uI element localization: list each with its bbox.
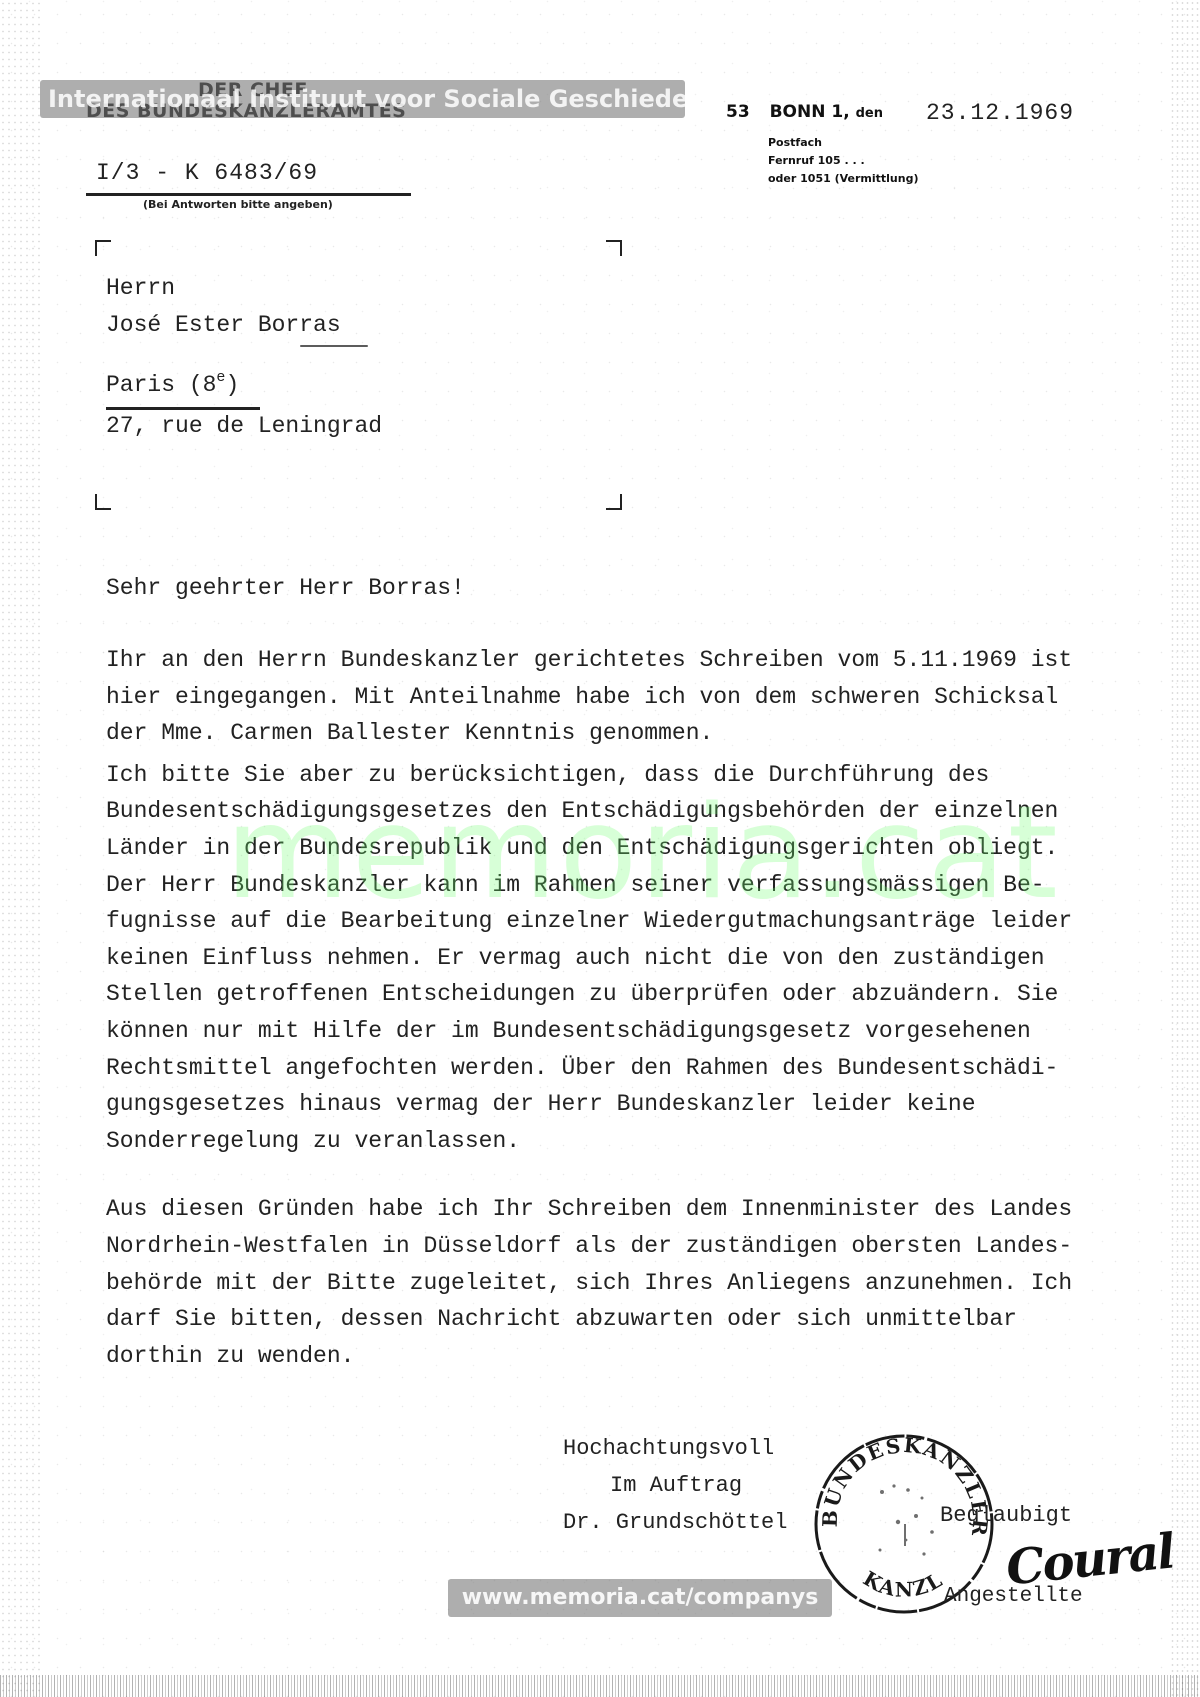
body-line: Länder in der Bundesrepublik und den Ent… [106,830,1166,867]
body-line: fugnisse auf die Bearbeitung einzelner W… [106,903,1166,940]
closing-signatory: Dr. Grundschöttel [563,1504,787,1541]
scan-noise-right [1170,0,1200,1697]
body-line: der Mme. Carmen Ballester Kenntnis genom… [106,715,1166,752]
paragraph-1: Ihr an den Herrn Bundeskanzler gerichtet… [106,642,1166,752]
address-corner-top-right [606,240,622,256]
body-line: Nordrhein-Westfalen in Düsseldorf als de… [106,1228,1166,1265]
paragraph-2: Ich bitte Sie aber zu berücksichtigen, d… [106,757,1166,1160]
scan-noise-bottom [0,1675,1200,1697]
letter-date: 23.12.1969 [926,100,1074,126]
body-line: darf Sie bitten, dessen Nachricht abzuwa… [106,1301,1166,1338]
address-corner-bottom-right [606,494,622,510]
body-line: Sonderregelung zu veranlassen. [106,1123,1166,1160]
postal-code: 53 [726,102,750,122]
letter-page: DER CHEF DES BUNDESKANZLERAMTES I/3 - K … [0,0,1200,1697]
watermark-bottom: www.memoria.cat/companys [448,1579,832,1617]
contact-info: Postfach Fernruf 105 . . . oder 1051 (Ve… [768,134,919,188]
body-line: Bundesentschädigungsgesetzes den Entschä… [106,793,1166,830]
place: BONN 1, [770,102,850,122]
body-line: Der Herr Bundeskanzler kann im Rahmen se… [106,867,1166,904]
body-line: gungsgesetzes hinaus vermag der Herr Bun… [106,1086,1166,1123]
paragraph-3: Aus diesen Gründen habe ich Ihr Schreibe… [106,1191,1166,1374]
handwritten-underline [300,345,368,347]
place-den: den [856,106,883,121]
address-corner-top-left [95,240,111,256]
body-line: Stellen getroffenen Entscheidungen zu üb… [106,976,1166,1013]
contact-postbox: Postfach [768,134,919,152]
reference-hint: (Bei Antworten bitte angeben) [143,198,333,211]
body-line: Rechtsmittel angefochten werden. Über de… [106,1050,1166,1087]
recipient-address: Herrn José Ester Borras Paris (8e) 27, r… [106,270,382,445]
recipient-city: Paris (8e) [106,359,239,404]
body-line: dorthin zu wenden. [106,1338,1166,1375]
recipient-name: José Ester Borras [106,307,382,344]
reference-rule [86,193,411,196]
recipient-street: 27, rue de Leningrad [106,408,382,445]
salutation: Sehr geehrter Herr Borras! [106,570,1166,606]
recipient-city-close: ) [225,372,239,398]
body-line: Ihr an den Herrn Bundeskanzler gerichtet… [106,642,1166,679]
body-line: Ich bitte Sie aber zu berücksichtigen, d… [106,757,1166,794]
scan-noise-left [0,0,40,1697]
contact-switchboard: oder 1051 (Vermittlung) [768,170,919,188]
closing-on-behalf: Im Auftrag [563,1467,787,1504]
address-corner-bottom-left [95,494,111,510]
watermark-top: Internationaal Instituut voor Sociale Ge… [40,80,685,118]
certified-label: Beglaubigt [940,1503,1072,1528]
city-underline [106,407,260,410]
body-line: behörde mit der Bitte zugeleitet, sich I… [106,1265,1166,1302]
body-line: können nur mit Hilfe der im Bundesentsch… [106,1013,1166,1050]
reference-number: I/3 - K 6483/69 [96,160,318,186]
closing-block: Hochachtungsvoll Im Auftrag Dr. Grundsch… [563,1430,787,1541]
letter-body: Sehr geehrter Herr Borras! Ihr an den He… [106,570,1166,1374]
body-line: keinen Einfluss nehmen. Er vermag auch n… [106,940,1166,977]
employee-label: Angestellte [944,1585,1083,1608]
recipient-title: Herrn [106,270,382,307]
recipient-city-text: Paris (8 [106,372,216,398]
closing-greeting: Hochachtungsvoll [563,1430,787,1467]
body-line: hier eingegangen. Mit Anteilnahme habe i… [106,679,1166,716]
place-line: 53 BONN 1, den [726,102,883,122]
contact-phone: Fernruf 105 . . . [768,152,919,170]
body-line: Aus diesen Gründen habe ich Ihr Schreibe… [106,1191,1166,1228]
